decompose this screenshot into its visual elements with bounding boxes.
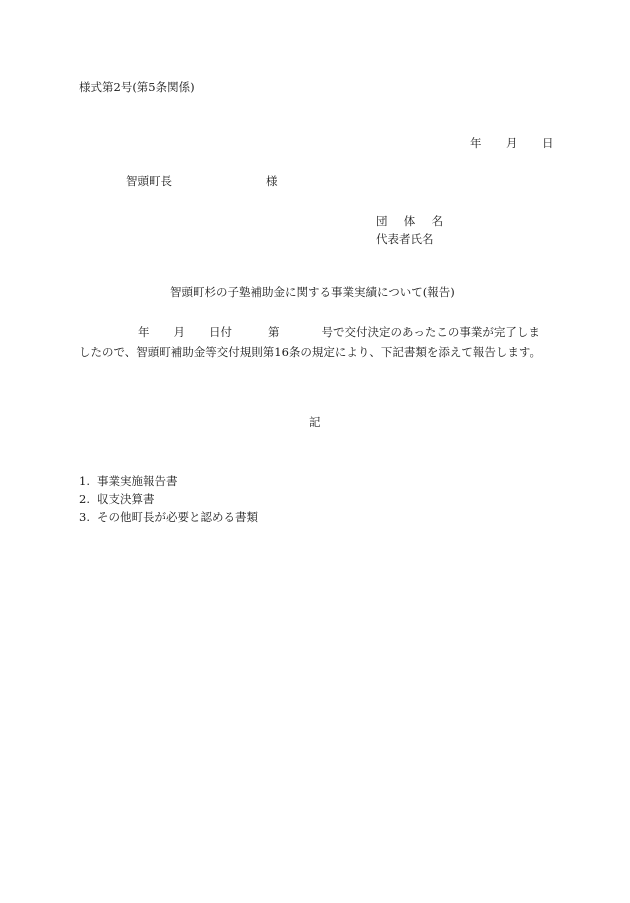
attachment-list: 1.事業実施報告書 2.収支決算書 3.その他町長が必要と認める書類 — [79, 472, 258, 526]
date-year-label: 年 — [470, 138, 506, 150]
body-year-label: 年 — [138, 325, 150, 339]
addressee-name: 智頭町長 — [126, 176, 266, 188]
applicant-block: 団 体 名 代表者氏名 — [376, 212, 449, 248]
body-day-label: 日付 — [209, 325, 232, 339]
body-number-prefix: 第 — [268, 325, 280, 339]
body-line-2: したので、智頭町補助金等交付規則第16条の規定により、下記書類を添えて報告します… — [79, 342, 559, 362]
addressee-honorific: 様 — [266, 174, 278, 188]
body-line-1-rest: 号で交付決定のあったこの事業が完了しま — [322, 325, 540, 339]
attachment-item: 3.その他町長が必要と認める書類 — [79, 508, 258, 526]
report-body: 年月日付第号で交付決定のあったこの事業が完了しま したので、智頭町補助金等交付規… — [79, 322, 559, 362]
addressee: 智頭町長様 — [126, 176, 278, 188]
date-line: 年月日 — [470, 138, 554, 150]
attachment-item: 1.事業実施報告書 — [79, 472, 258, 490]
ki-heading: 記 — [309, 417, 321, 429]
attachment-item: 2.収支決算書 — [79, 490, 258, 508]
date-day-label: 日 — [542, 138, 554, 150]
representative-label: 代表者氏名 — [376, 230, 449, 248]
report-title: 智頭町杉の子塾補助金に関する事業実績について(報告) — [170, 287, 455, 299]
date-month-label: 月 — [506, 138, 542, 150]
body-line-1: 年月日付第号で交付決定のあったこの事業が完了しま — [79, 322, 559, 342]
org-name-label: 団 体 名 — [376, 212, 449, 230]
form-number: 様式第2号(第5条関係) — [79, 82, 195, 94]
body-month-label: 月 — [174, 325, 186, 339]
